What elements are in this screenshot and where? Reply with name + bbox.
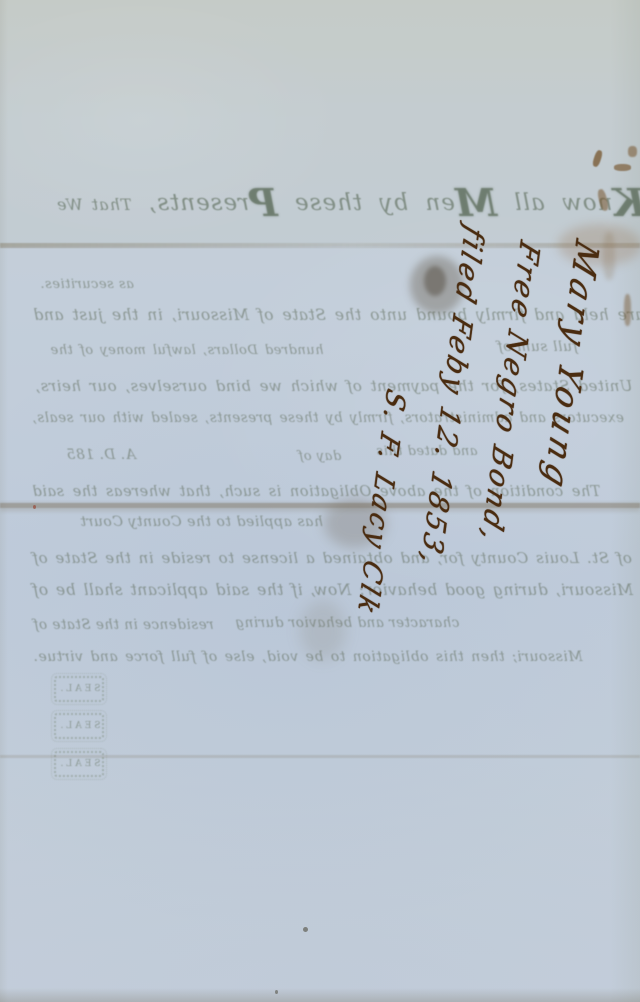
bleed-line-residence: residence in the State of	[33, 617, 214, 633]
ink-mark-edge-2	[614, 164, 631, 171]
bleed-header-word: en by these	[294, 190, 455, 216]
bleed-header-word: resents,	[148, 190, 249, 216]
bleed-line-void: Missouri; then this obligation to be voi…	[33, 649, 583, 665]
bleed-initial-k: K	[612, 180, 640, 225]
paper-right-edge-shading	[610, 0, 640, 1002]
bleed-header-word: now all	[513, 190, 612, 216]
paper-left-edge-shading	[0, 0, 8, 1002]
ink-mark-edge-6	[628, 146, 637, 157]
paper-bottom-edge-shadow	[0, 988, 640, 1002]
bleed-line-ad-185: A. D. 185	[66, 447, 136, 463]
bleed-header-that-we: That We	[56, 195, 132, 214]
seal-stamp-3: SEAL.	[54, 751, 104, 777]
seal-label: SEAL.	[57, 759, 100, 769]
bleed-line-character: character and behavior during	[235, 615, 459, 631]
seal-stamp-2: SEAL.	[54, 713, 104, 739]
paper-speck-2	[275, 990, 278, 994]
bleed-line-hundred-dollars: hundred Dollars, lawful money of the	[50, 343, 324, 358]
paper-speck-1	[303, 927, 308, 932]
bleed-line-has-applied: has applied to the County Court	[80, 514, 323, 530]
bleed-header-know-all-men: Know all Men by these Presents, That We	[56, 190, 640, 216]
bleed-initial-p: P	[249, 180, 278, 225]
seal-stamp-1: SEAL.	[54, 676, 104, 702]
bleed-initial-m: M	[455, 180, 497, 225]
seal-label: SEAL.	[57, 721, 100, 731]
bleed-line-day-of: day of	[298, 449, 341, 464]
paper-speck-3	[33, 505, 36, 509]
scanned-document-page: Know all Men by these Presents, That We …	[0, 0, 640, 1002]
seal-label: SEAL.	[57, 684, 100, 694]
ink-mark-edge-1	[592, 149, 604, 167]
bleed-line-securities: as securities.	[40, 277, 134, 292]
